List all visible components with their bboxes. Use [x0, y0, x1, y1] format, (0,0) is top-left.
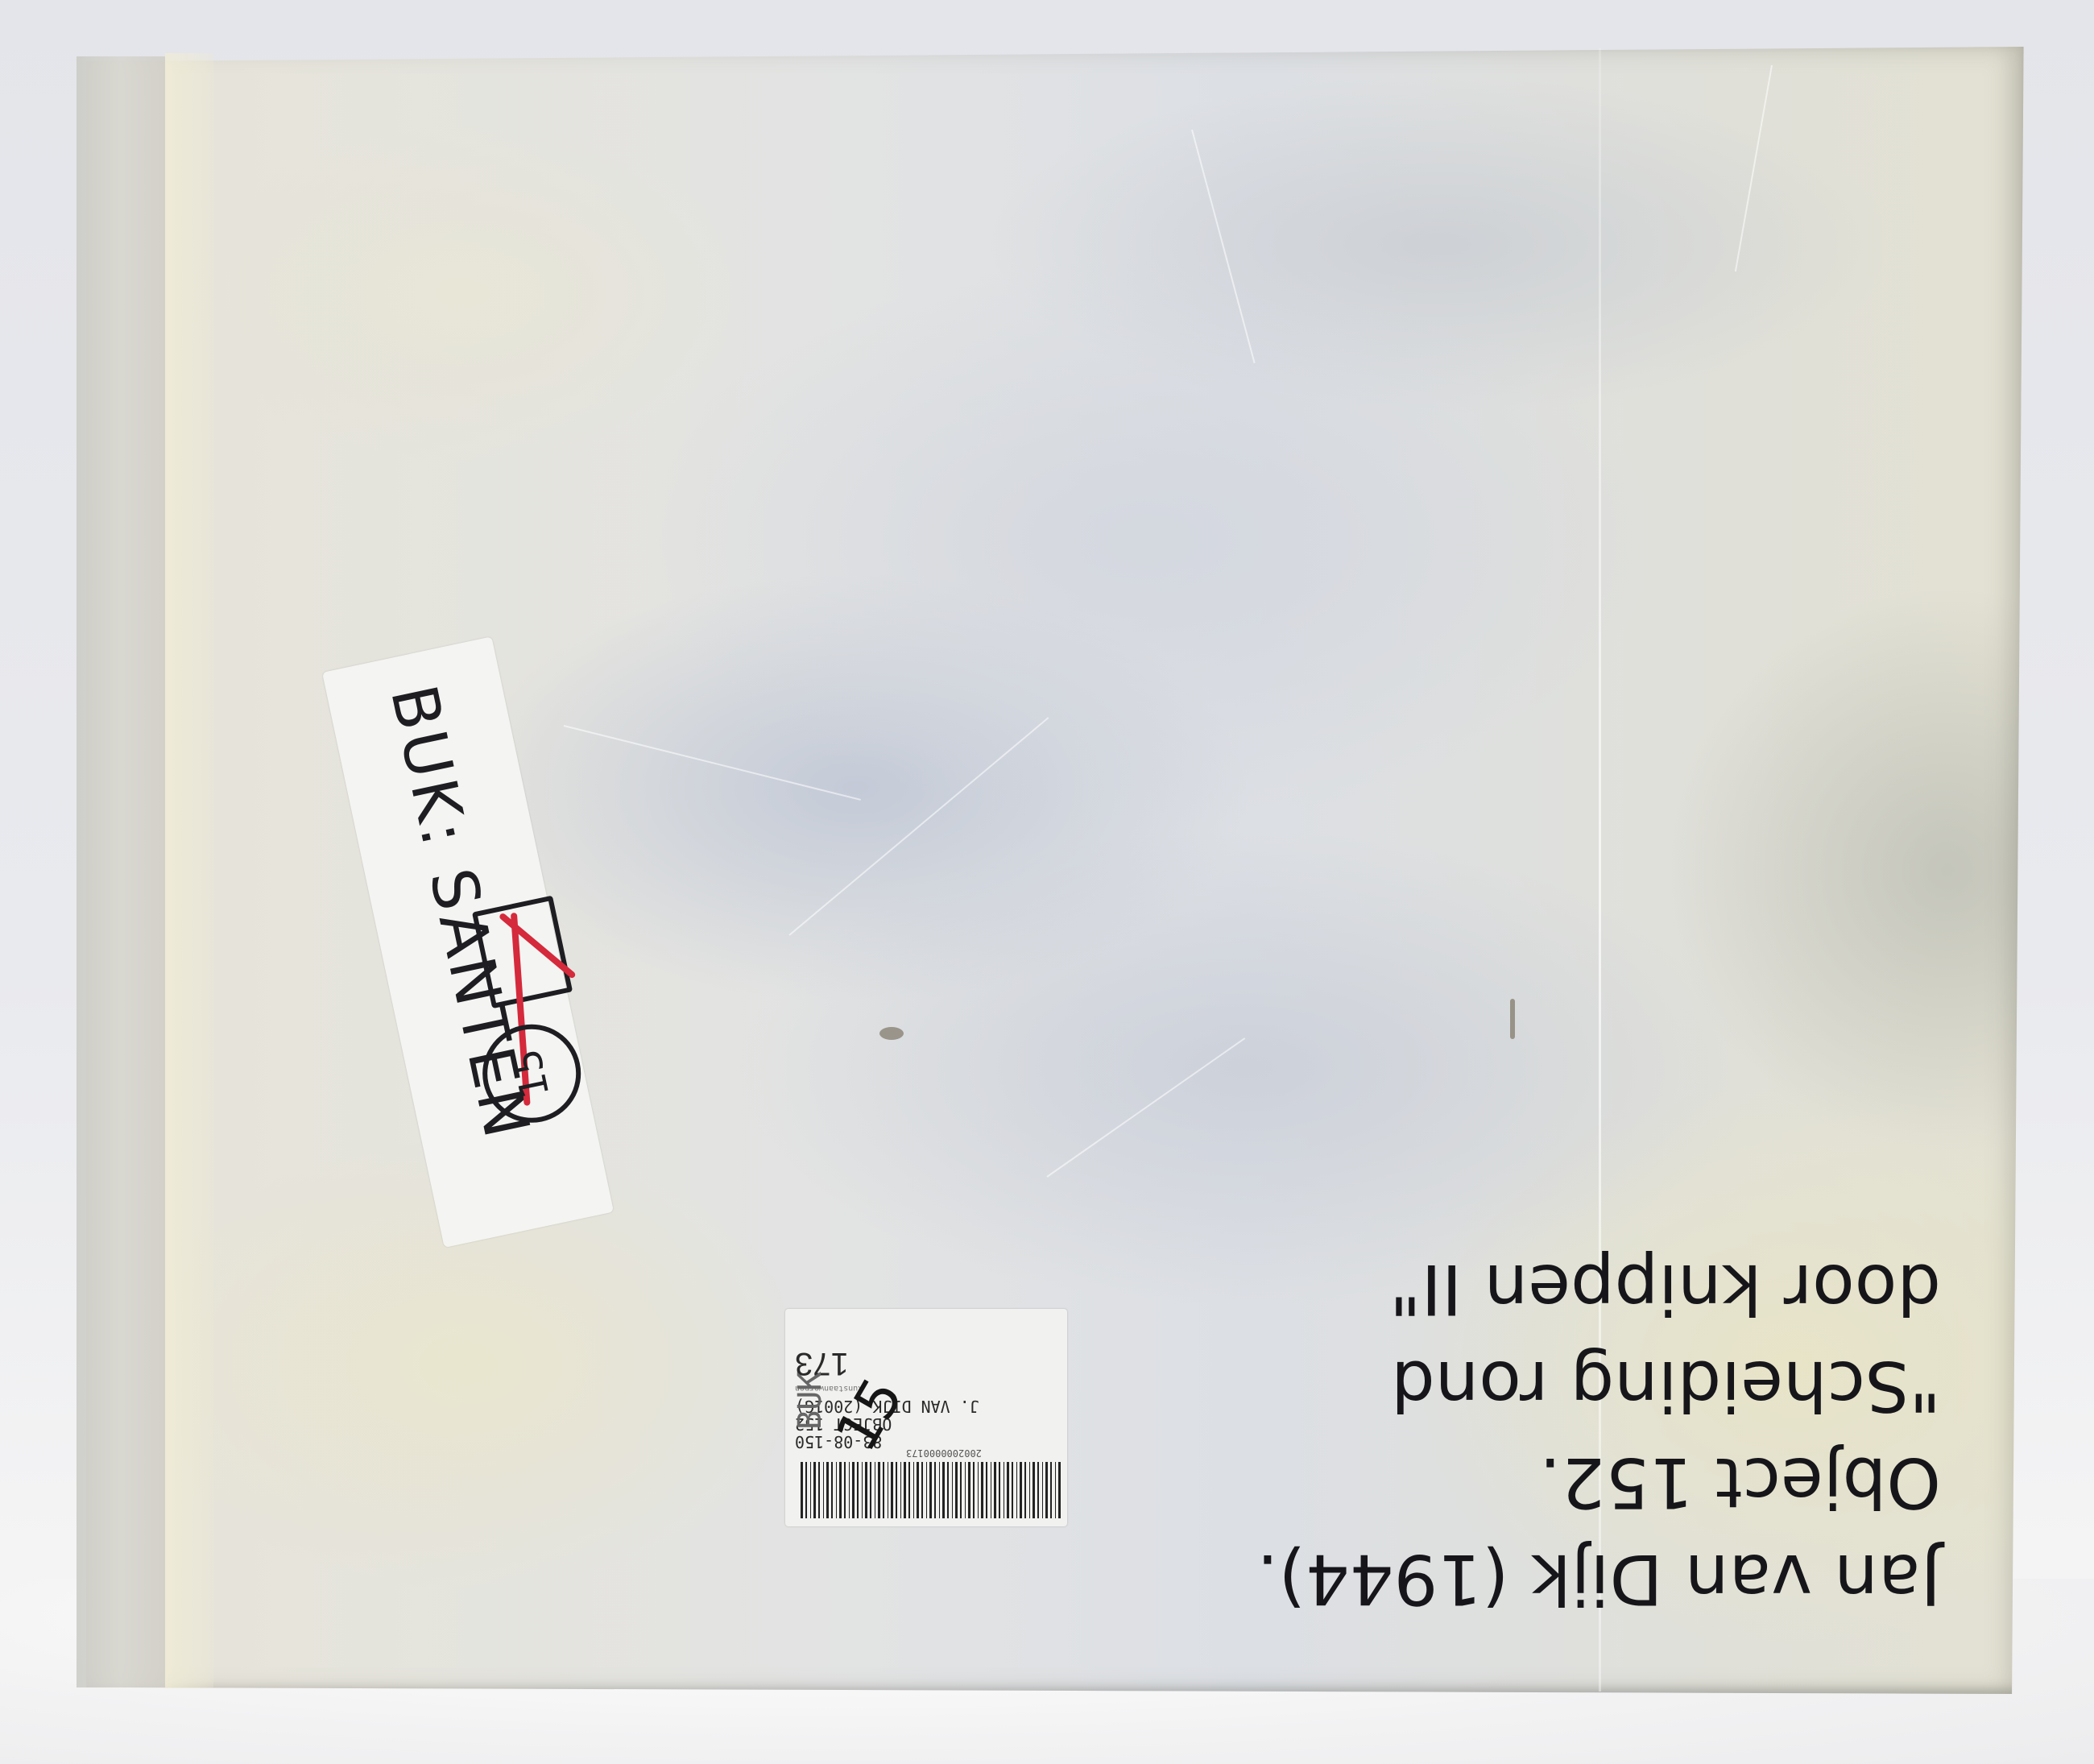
inscription-line: Jan van Dijk (1944).: [1248, 1530, 1941, 1627]
inscription-line: "Scheiding rond: [1248, 1337, 1941, 1434]
inscription-line: Object 152.: [1248, 1434, 1941, 1530]
barcode-label: 173 kunstaanwerpen J. VAN DIJK (2001G) J…: [785, 1309, 1067, 1526]
slab-left-band: [165, 53, 213, 1688]
stain: [1510, 999, 1515, 1039]
barcode: [799, 1462, 1061, 1518]
barcode-digits: 2002000000173: [906, 1447, 982, 1459]
inscription-line: door knippen II": [1248, 1240, 1941, 1337]
slab-left-edge: [77, 56, 165, 1687]
handwritten-initials: BUK: [792, 1372, 829, 1430]
stain: [879, 1027, 904, 1040]
inscription: Jan van Dijk (1944). Object 152. "Scheid…: [1248, 1208, 1941, 1627]
